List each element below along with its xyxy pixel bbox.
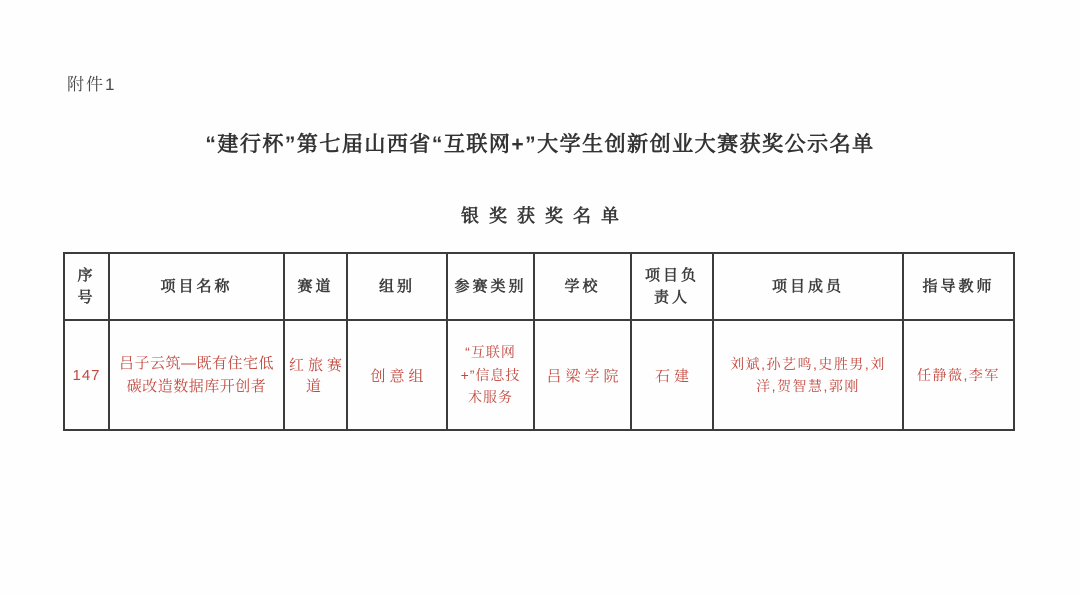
- cell-advisors: 任静薇,李军: [903, 320, 1014, 430]
- document-page: 附件1 “建行杯”第七届山西省“互联网+”大学生创新创业大赛获奖公示名单 银奖获…: [0, 0, 1080, 595]
- cell-school: 吕梁学院: [534, 320, 631, 430]
- cell-project-name: 吕子云筑—既有住宅低碳改造数据库开创者: [109, 320, 284, 430]
- cell-members: 刘斌,孙艺鸣,史胜男,刘洋,贺智慧,郭刚: [713, 320, 903, 430]
- awards-table: 序号 项目名称 赛道 组别 参赛类别 学校 项目负责人 项目成员 指导教师 14…: [63, 252, 1015, 431]
- cell-group: 创意组: [347, 320, 447, 430]
- column-header-school: 学校: [534, 253, 631, 320]
- column-header-advisors: 指导教师: [903, 253, 1014, 320]
- section-title: 银奖获奖名单: [0, 202, 1080, 228]
- cell-track: 红旅赛道: [284, 320, 347, 430]
- table-row: 147 吕子云筑—既有住宅低碳改造数据库开创者 红旅赛道 创意组 “互联网+”信…: [64, 320, 1014, 430]
- attachment-label: 附件1: [67, 70, 116, 95]
- cell-category: “互联网+”信息技术服务: [447, 320, 534, 430]
- column-header-track: 赛道: [284, 253, 347, 320]
- document-title: “建行杯”第七届山西省“互联网+”大学生创新创业大赛获奖公示名单: [0, 128, 1080, 158]
- table-header-row: 序号 项目名称 赛道 组别 参赛类别 学校 项目负责人 项目成员 指导教师: [64, 253, 1014, 320]
- column-header-project-name: 项目名称: [109, 253, 284, 320]
- column-header-members: 项目成员: [713, 253, 903, 320]
- column-header-leader: 项目负责人: [631, 253, 713, 320]
- column-header-no: 序号: [64, 253, 109, 320]
- cell-leader: 石建: [631, 320, 713, 430]
- column-header-category: 参赛类别: [447, 253, 534, 320]
- column-header-group: 组别: [347, 253, 447, 320]
- cell-no: 147: [64, 320, 109, 430]
